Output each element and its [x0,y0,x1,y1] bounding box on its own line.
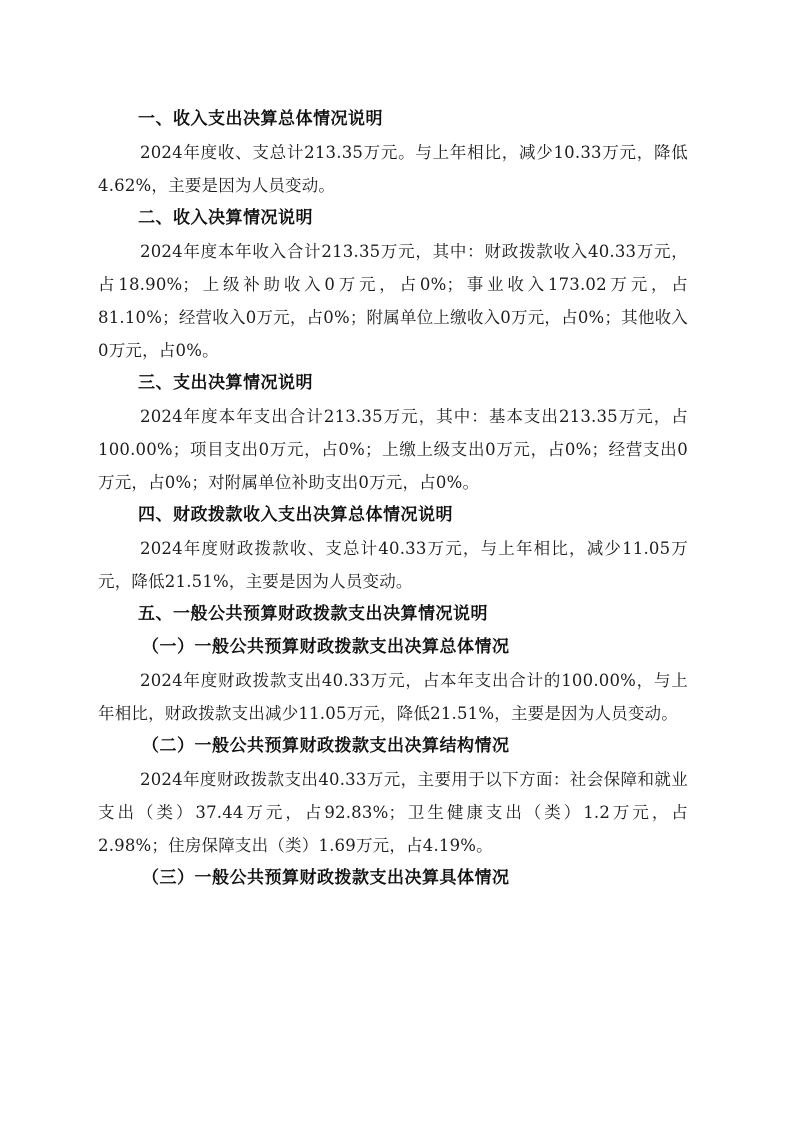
subsection-heading-structure: （二）一般公共预算财政拨款支出决算结构情况 [98,730,688,763]
subsection-heading-details: （三）一般公共预算财政拨款支出决算具体情况 [98,862,688,895]
section-heading-income-expense-overview: 一、收入支出决算总体情况说明 [98,103,688,136]
subsection-heading-overall: （一）一般公共预算财政拨款支出决算总体情况 [98,631,688,664]
section-heading-expense: 三、支出决算情况说明 [98,367,688,400]
section-body-expense: 2024年度本年支出合计213.35万元，其中：基本支出213.35万元，占10… [98,400,688,499]
section-body-fiscal-appropriation-overview: 2024年度财政拨款收、支总计40.33万元，与上年相比，减少11.05万元，降… [98,532,688,598]
section-heading-income: 二、收入决算情况说明 [98,202,688,235]
section-heading-general-public-budget: 五、一般公共预算财政拨款支出决算情况说明 [98,598,688,631]
section-body-income-expense-overview: 2024年度收、支总计213.35万元。与上年相比，减少10.33万元，降低4.… [98,136,688,202]
document-page: 一、收入支出决算总体情况说明 2024年度收、支总计213.35万元。与上年相比… [98,103,688,895]
section-body-income: 2024年度本年收入合计213.35万元，其中：财政拨款收入40.33万元，占1… [98,235,688,367]
subsection-body-overall: 2024年度财政拨款支出40.33万元，占本年支出合计的100.00%，与上年相… [98,664,688,730]
subsection-body-structure: 2024年度财政拨款支出40.33万元，主要用于以下方面：社会保障和就业支出（类… [98,763,688,862]
section-heading-fiscal-appropriation-overview: 四、财政拨款收入支出决算总体情况说明 [98,499,688,532]
